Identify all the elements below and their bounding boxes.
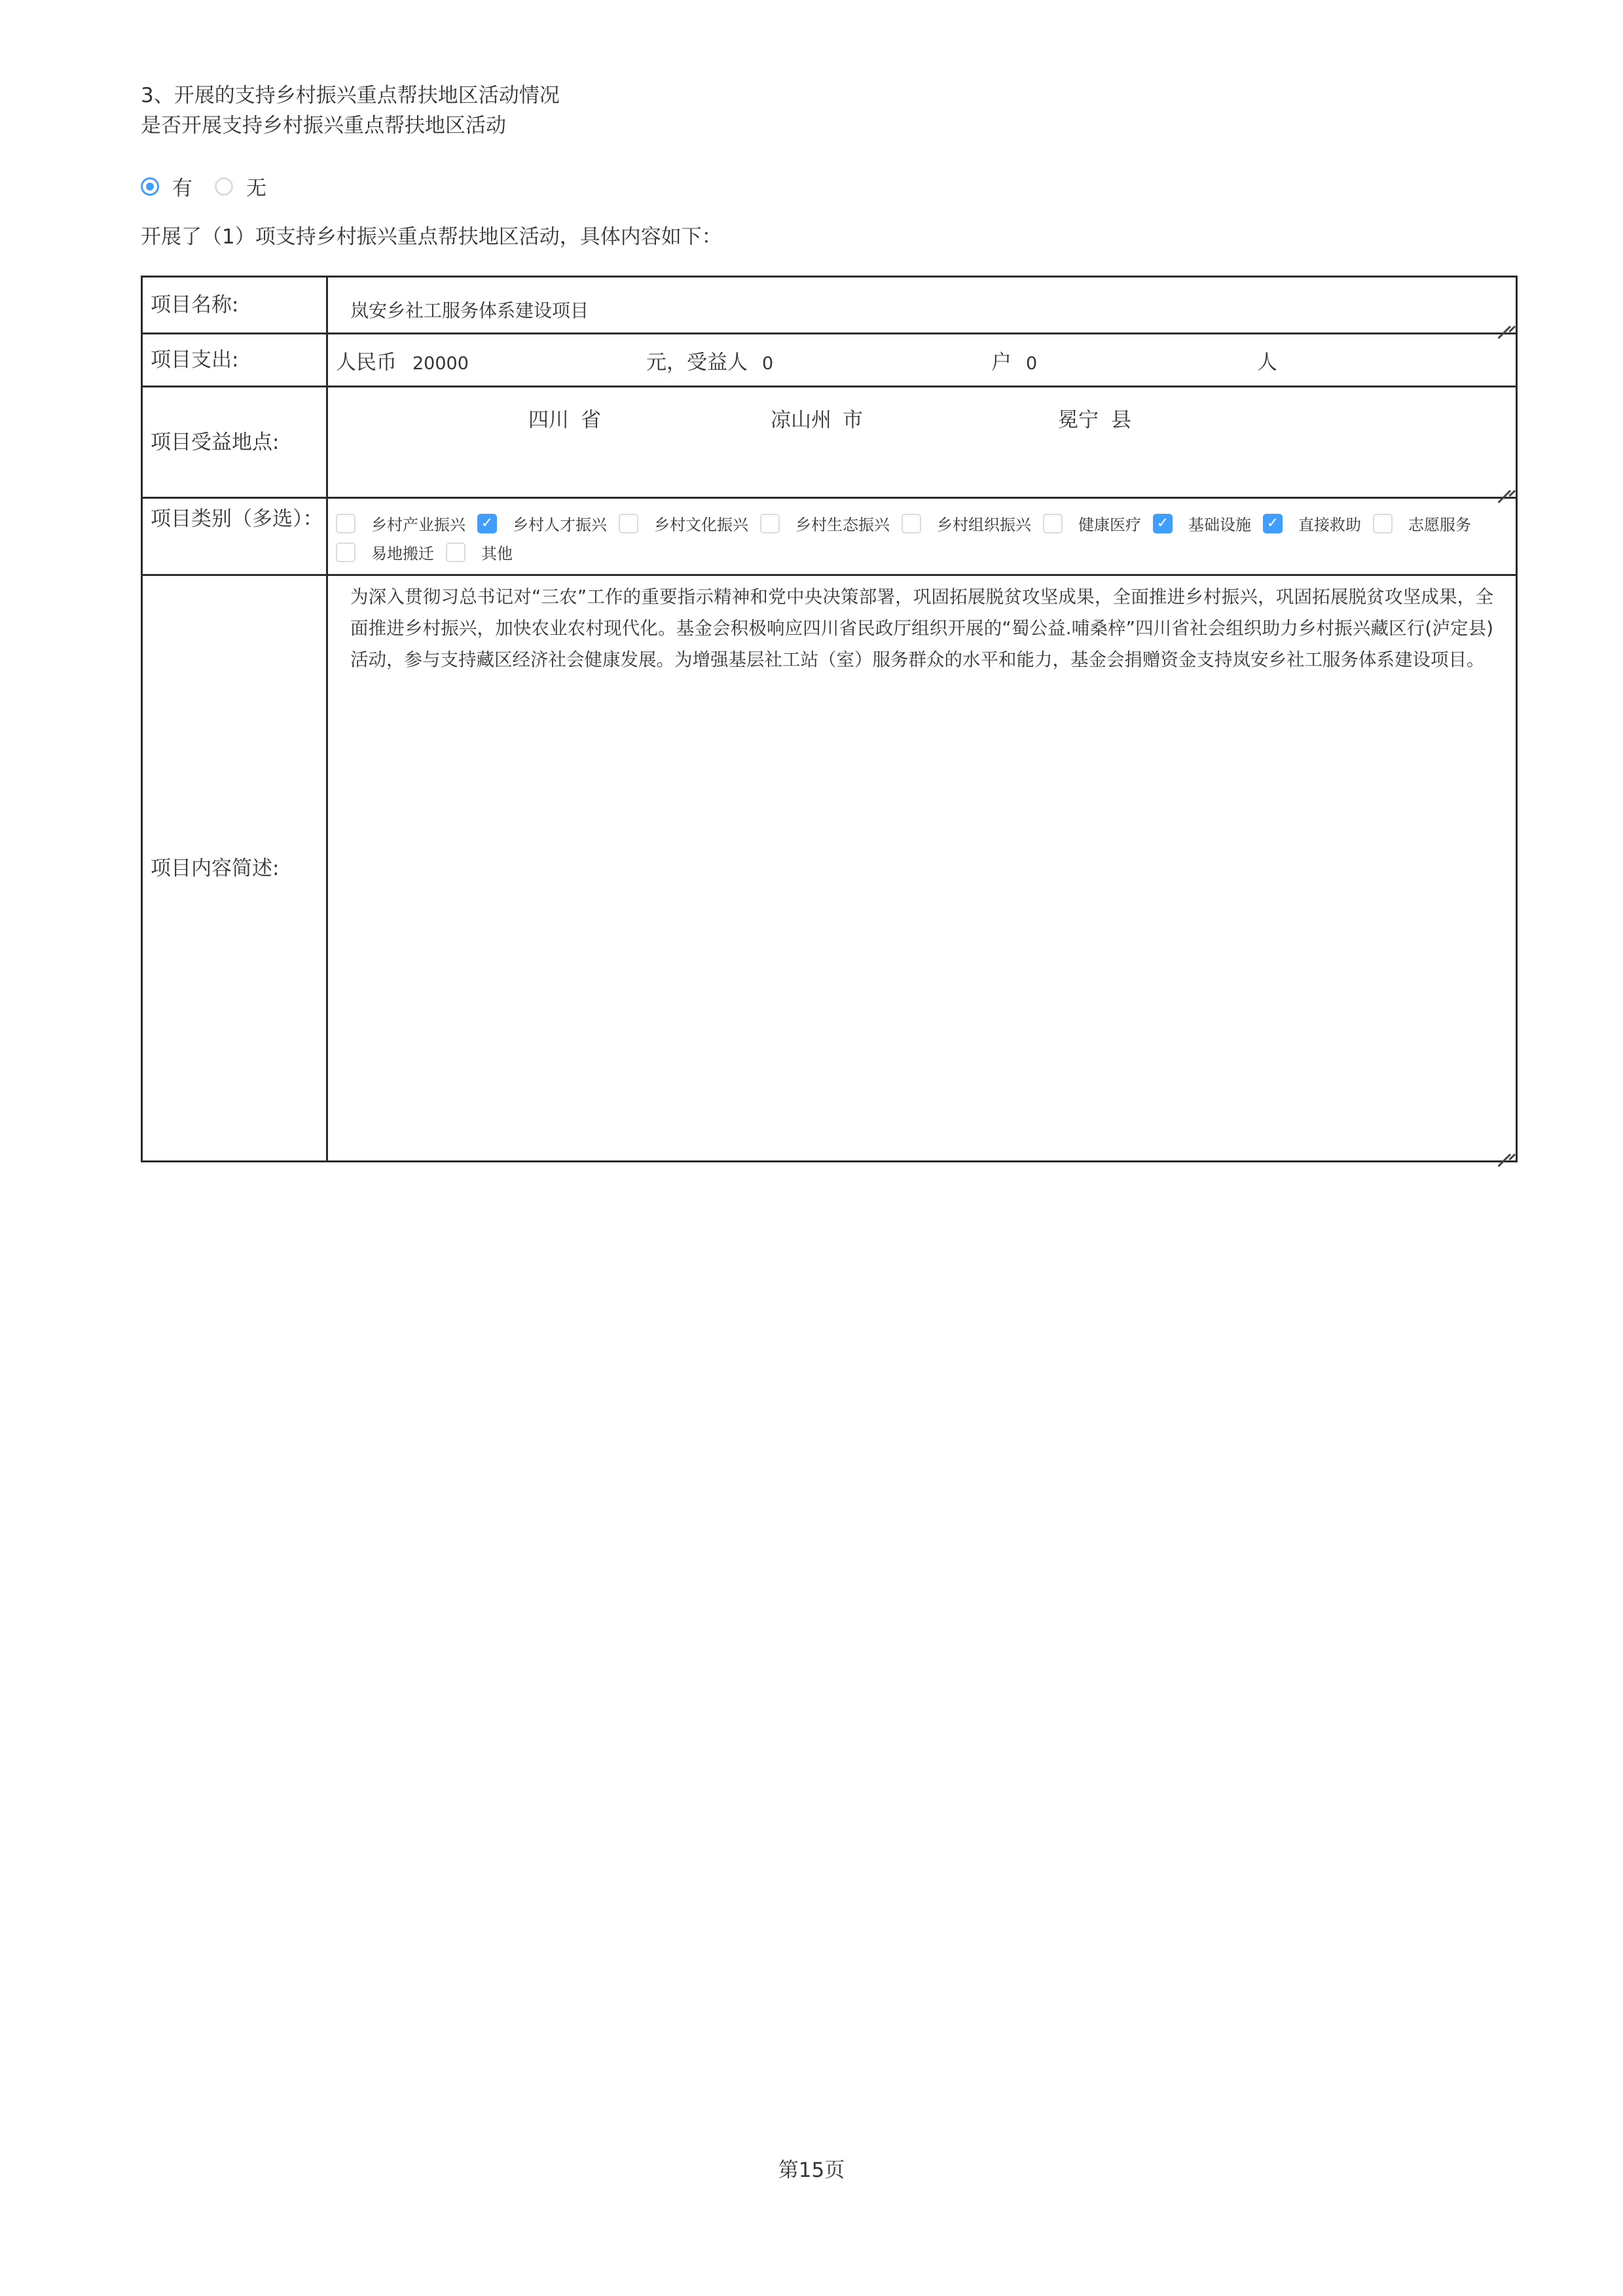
checkbox-checked-icon[interactable]: ✓	[1153, 514, 1173, 533]
yuan-beneficiary-label: 元，受益人	[646, 346, 748, 375]
category-checkbox-5[interactable]: 健康医疗	[1043, 509, 1141, 538]
category-checkbox-10[interactable]: 其他	[446, 538, 513, 567]
radio-label-no: 无	[246, 171, 266, 201]
activity-summary: 开展了（1）项支持乡村振兴重点帮扶地区活动，具体内容如下：	[141, 223, 722, 251]
county-value[interactable]: 冕宁	[1058, 403, 1099, 433]
resize-handle-icon[interactable]	[1496, 477, 1512, 493]
checkbox-checked-icon[interactable]: ✓	[1263, 514, 1283, 533]
category-label: 乡村产业振兴	[371, 512, 465, 535]
city-value[interactable]: 凉山州	[771, 403, 831, 433]
row-project-location: 项目受益地点: 四川 省 凉山州 市 冕宁 县	[142, 387, 1517, 498]
checkbox-unchecked-icon[interactable]	[446, 543, 465, 562]
project-location-label: 项目受益地点:	[142, 387, 327, 498]
households-input[interactable]: 0	[1026, 353, 1257, 374]
category-checkbox-2[interactable]: 乡村文化振兴	[619, 509, 748, 538]
row-project-expense: 项目支出: 人民币 20000 元，受益人 0 户 0 人	[142, 334, 1517, 387]
checkbox-unchecked-icon[interactable]	[619, 514, 638, 533]
category-label: 易地搬迁	[371, 541, 434, 564]
project-name-field[interactable]: 岚安乡社工服务体系建设项目	[327, 277, 1517, 334]
section-title: 3、开展的支持乡村振兴重点帮扶地区活动情况	[141, 81, 560, 110]
resize-handle-icon[interactable]	[1496, 1141, 1512, 1157]
radio-option-yes[interactable]: 有	[141, 171, 192, 201]
page-number: 第15页	[0, 2153, 1623, 2183]
category-checkbox-9[interactable]: 易地搬迁	[336, 538, 434, 567]
expense-amount-input[interactable]: 20000	[412, 353, 646, 374]
category-label: 乡村人才振兴	[513, 512, 607, 535]
project-description-field[interactable]: 为深入贯彻习总书记对“三农”工作的重要指示精神和党中央决策部署，巩固拓展脱贫攻坚…	[327, 575, 1517, 1162]
project-category-field: 乡村产业振兴✓乡村人才振兴乡村文化振兴乡村生态振兴乡村组织振兴健康医疗✓基础设施…	[327, 498, 1517, 575]
project-category-label: 项目类别（多选）：	[142, 498, 327, 575]
project-name-label: 项目名称:	[142, 277, 327, 334]
project-description-label: 项目内容简述:	[142, 575, 327, 1162]
checkbox-unchecked-icon[interactable]	[1373, 514, 1393, 533]
activity-question: 是否开展支持乡村振兴重点帮扶地区活动	[141, 111, 506, 140]
households-unit: 户	[991, 346, 1012, 375]
currency-prefix: 人民币	[336, 346, 397, 375]
category-checkbox-7[interactable]: ✓直接救助	[1263, 509, 1361, 538]
category-checkbox-0[interactable]: 乡村产业振兴	[336, 509, 465, 538]
checkbox-unchecked-icon[interactable]	[902, 514, 921, 533]
category-checkbox-8[interactable]: 志愿服务	[1373, 509, 1471, 538]
radio-unselected-icon[interactable]	[215, 177, 233, 196]
category-label: 志愿服务	[1408, 512, 1471, 535]
checkbox-unchecked-icon[interactable]	[336, 514, 356, 533]
radio-selected-icon[interactable]	[141, 177, 159, 196]
row-project-category: 项目类别（多选）： 乡村产业振兴✓乡村人才振兴乡村文化振兴乡村生态振兴乡村组织振…	[142, 498, 1517, 575]
county-unit: 县	[1111, 403, 1131, 433]
project-description-text: 为深入贯彻习总书记对“三农”工作的重要指示精神和党中央决策部署，巩固拓展脱贫攻坚…	[328, 576, 1516, 675]
category-label: 乡村组织振兴	[937, 512, 1031, 535]
project-name-value: 岚安乡社工服务体系建设项目	[328, 287, 1516, 323]
persons-unit: 人	[1257, 346, 1277, 375]
category-label: 乡村文化振兴	[654, 512, 748, 535]
category-label: 直接救助	[1298, 512, 1361, 535]
city-unit: 市	[843, 403, 863, 433]
category-checkbox-4[interactable]: 乡村组织振兴	[902, 509, 1031, 538]
category-label: 其他	[481, 541, 513, 564]
beneficiary-input[interactable]: 0	[762, 353, 991, 374]
category-checkbox-1[interactable]: ✓乡村人才振兴	[477, 509, 607, 538]
province-value[interactable]: 四川	[528, 403, 569, 433]
project-location-field[interactable]: 四川 省 凉山州 市 冕宁 县	[327, 387, 1517, 498]
category-label: 乡村生态振兴	[795, 512, 890, 535]
project-expense-label: 项目支出:	[142, 334, 327, 387]
resize-handle-icon[interactable]	[1496, 313, 1512, 329]
category-label: 基础设施	[1188, 512, 1251, 535]
project-expense-fields: 人民币 20000 元，受益人 0 户 0 人	[327, 334, 1517, 387]
radio-option-no[interactable]: 无	[215, 171, 266, 201]
radio-label-yes: 有	[172, 171, 192, 201]
category-checkbox-list: 乡村产业振兴✓乡村人才振兴乡村文化振兴乡村生态振兴乡村组织振兴健康医疗✓基础设施…	[328, 503, 1516, 571]
row-project-name: 项目名称: 岚安乡社工服务体系建设项目	[142, 277, 1517, 334]
checkbox-unchecked-icon[interactable]	[336, 543, 356, 562]
activity-radio-group: 有 无	[141, 171, 289, 201]
checkbox-unchecked-icon[interactable]	[1043, 514, 1063, 533]
province-unit: 省	[581, 403, 601, 433]
category-checkbox-6[interactable]: ✓基础设施	[1153, 509, 1251, 538]
checkbox-checked-icon[interactable]: ✓	[477, 514, 497, 533]
checkbox-unchecked-icon[interactable]	[760, 514, 780, 533]
category-checkbox-3[interactable]: 乡村生态振兴	[760, 509, 890, 538]
project-form-table: 项目名称: 岚安乡社工服务体系建设项目 项目支出: 人民币 20000 元，受益…	[141, 276, 1518, 1162]
category-label: 健康医疗	[1078, 512, 1141, 535]
row-project-description: 项目内容简述: 为深入贯彻习总书记对“三农”工作的重要指示精神和党中央决策部署，…	[142, 575, 1517, 1162]
